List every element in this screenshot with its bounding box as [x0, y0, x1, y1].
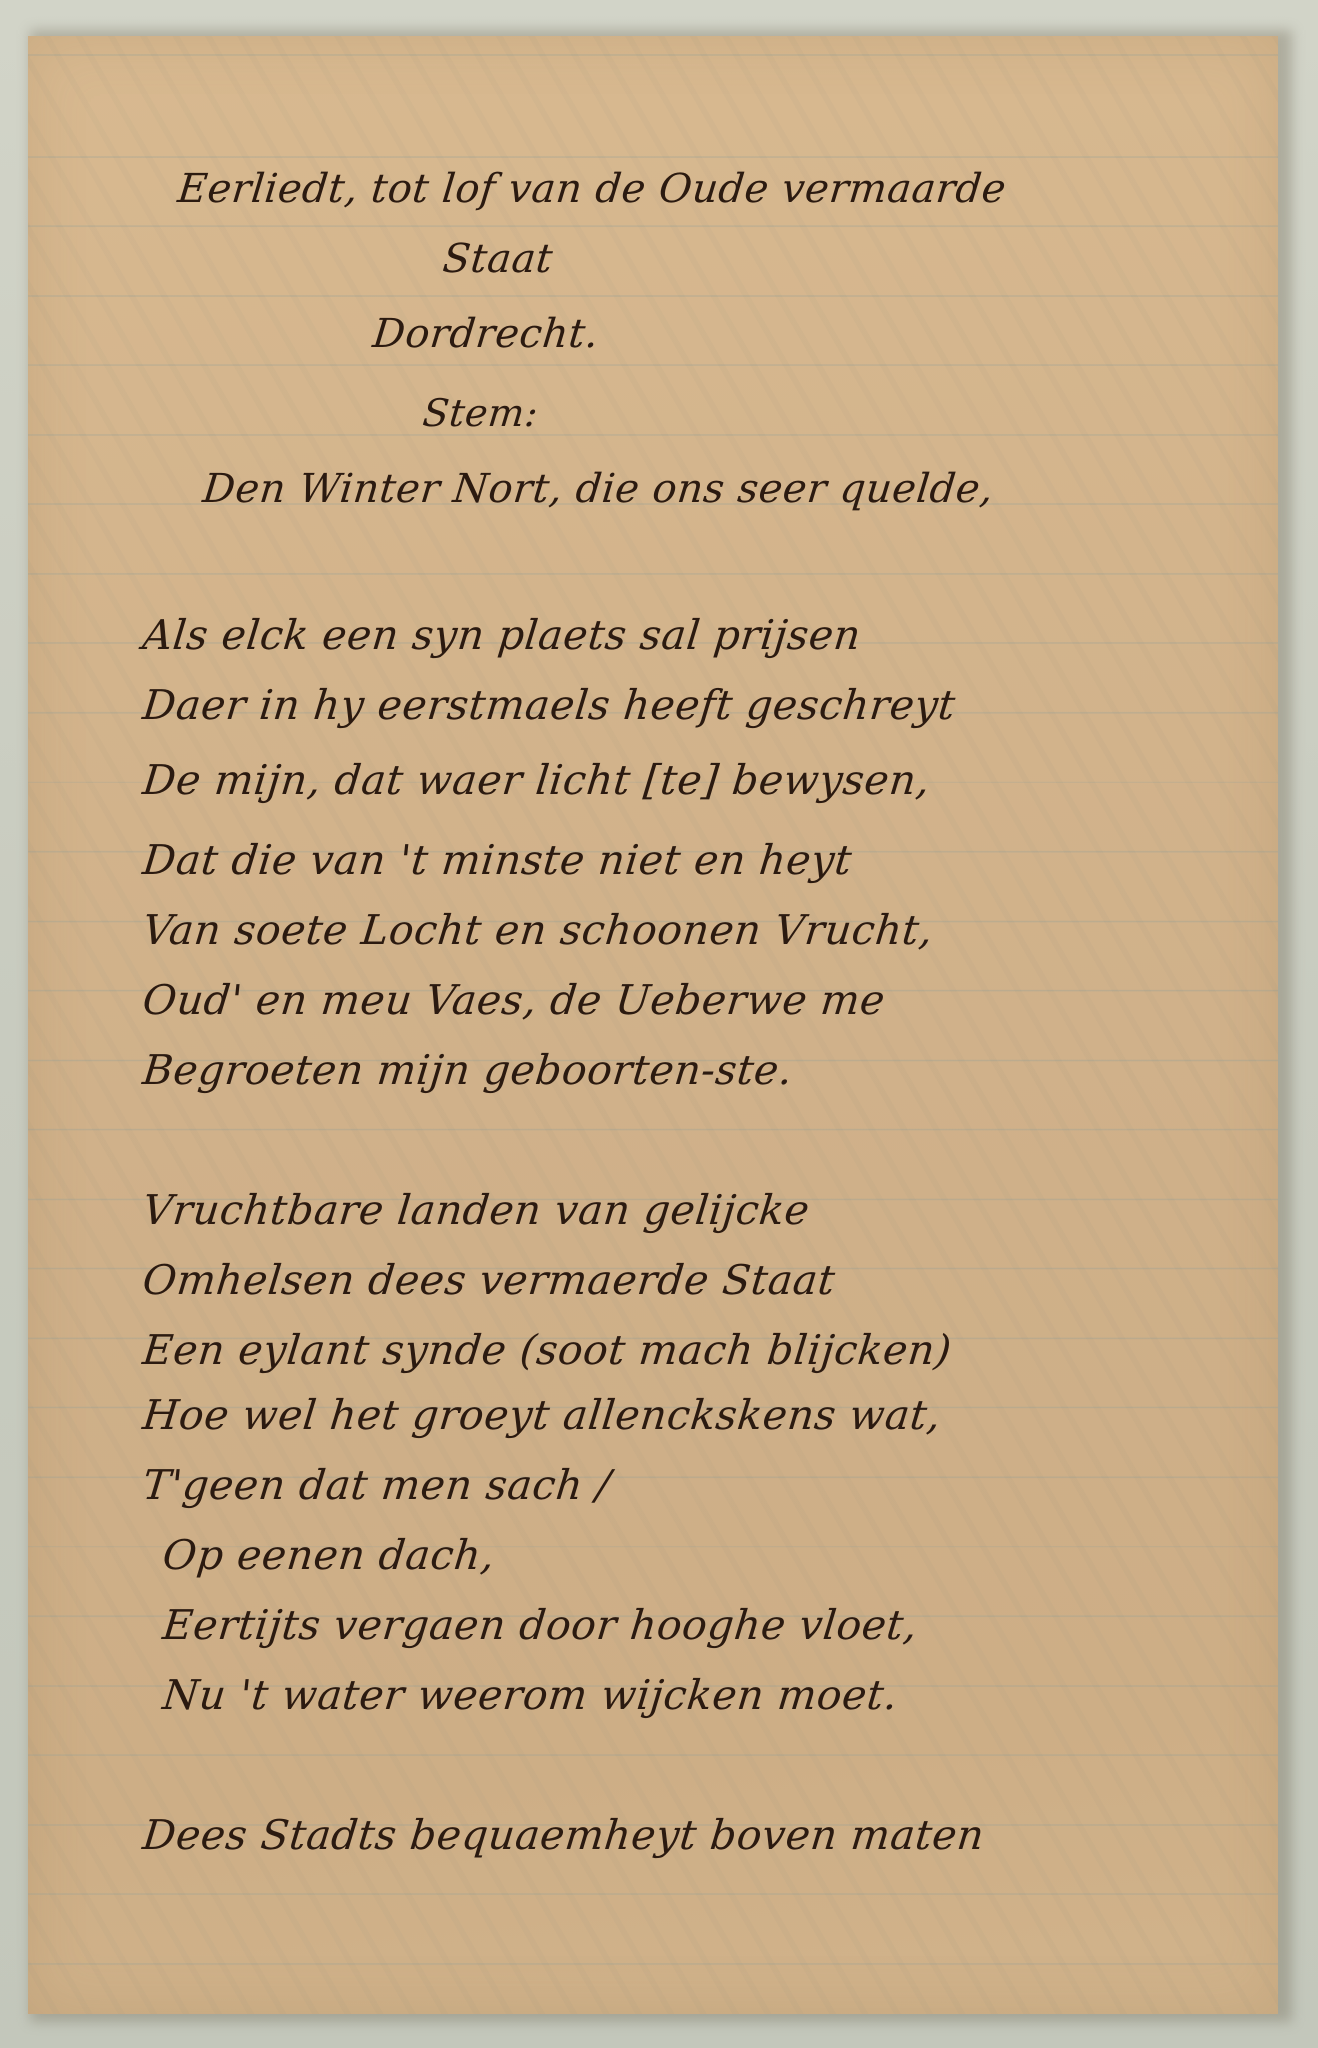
stanza-1-line-3: De mijn, dat waer licht [te] bewysen,	[140, 756, 932, 804]
stanza-1-line-2: Daer in hy eerstmaels heeft geschreyt	[140, 681, 957, 729]
stanza-2-line-2: Omhelsen dees vermaerde Staat	[140, 1256, 837, 1304]
tune-line: Den Winter Nort, die ons seer quelde,	[201, 466, 996, 512]
stanza-2-line-1: Vruchtbare landen van gelijcke	[140, 1186, 812, 1234]
tune-label: Stem:	[421, 391, 541, 435]
stanza-1-line-1: Als elck een syn plaets sal prijsen	[140, 611, 863, 659]
stanza-1-line-7: Begroeten mijn geboorten-ste.	[140, 1046, 795, 1094]
stanza-3-line-1: Dees Stadts bequaemheyt boven maten	[140, 1811, 986, 1859]
stanza-2-line-6: Op eenen dach,	[160, 1531, 497, 1579]
heading-line-1: Eerliedt, tot lof van de Oude vermaarde	[176, 166, 1009, 212]
manuscript-page: Eerliedt, tot lof van de Oude vermaarde …	[28, 36, 1278, 2014]
stanza-2-line-8: Nu 't water weerom wijcken moet.	[160, 1671, 900, 1719]
stanza-1-line-4: Dat die van 't minste niet en heyt	[140, 836, 854, 884]
stanza-1-line-6: Oud' en meu Vaes, de Ueberwe me	[140, 976, 887, 1024]
stanza-2-line-3: Een eylant synde (soot mach blijcken)	[140, 1326, 954, 1374]
stanza-1-line-5: Van soete Locht en schoonen Vrucht,	[140, 906, 935, 954]
heading-line-2: Staat	[441, 236, 556, 282]
stanza-2-line-5: T'geen dat men sach /	[140, 1461, 613, 1509]
stanza-2-line-7: Eertijts vergaen door hooghe vloet,	[160, 1601, 919, 1649]
heading-line-3: Dordrecht.	[371, 311, 601, 357]
stanza-2-line-4: Hoe wel het groeyt allenckskens wat,	[140, 1391, 943, 1439]
